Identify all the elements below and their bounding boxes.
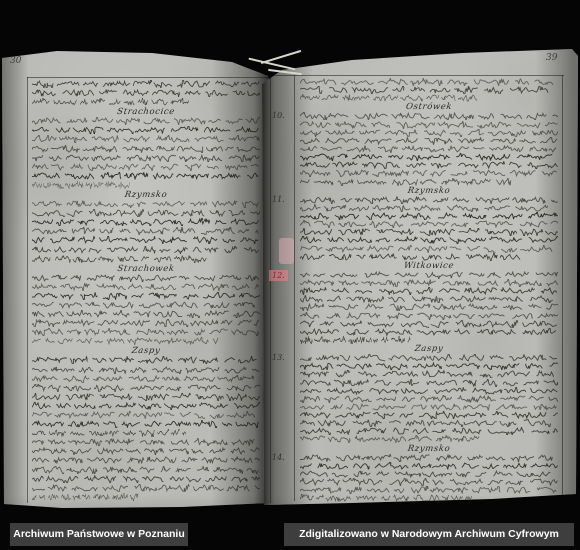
handwriting-line (300, 121, 558, 129)
handwriting-line (32, 447, 260, 456)
handwriting-line (300, 161, 558, 169)
handwriting-line (32, 429, 187, 438)
handwriting-line (300, 153, 558, 161)
register-entry (32, 117, 260, 190)
handwriting-line (300, 387, 558, 395)
right-page: 39 Ostrówek10.Rzymsko11.Witkowice12.Zasp… (262, 0, 580, 550)
handwriting-line (300, 403, 558, 411)
register-entry (32, 356, 260, 438)
handwriting-line (300, 178, 512, 186)
register-entry: 10. (300, 112, 558, 185)
entry-heading: Zaspy (299, 344, 558, 354)
handwriting-line (300, 379, 558, 387)
handwriting-line (32, 356, 260, 365)
entry-heading: Zaspy (31, 346, 260, 356)
handwriting-line (32, 163, 260, 172)
handwriting-line (32, 98, 189, 107)
left-page-number: 30 (10, 56, 21, 66)
handwriting-line (32, 145, 260, 154)
handwriting-line (300, 271, 558, 279)
right-frame-left-rule (270, 75, 271, 503)
handwriting-line (300, 454, 558, 462)
entry-number: 13. (272, 353, 285, 362)
handwriting-line (32, 227, 260, 236)
handwriting-line (32, 200, 260, 209)
handwriting-line (32, 493, 141, 502)
handwriting-line (300, 86, 558, 94)
handwriting-line (32, 246, 260, 255)
entry-heading: Strachowek (31, 264, 260, 274)
right-page-number: 39 (546, 53, 557, 63)
handwriting-line (300, 462, 558, 470)
entry-number: 10. (272, 111, 285, 120)
handwriting-line (32, 80, 260, 89)
handwriting-line (300, 204, 558, 212)
handwriting-line (32, 89, 260, 98)
pink-smudge (279, 238, 294, 264)
entry-number: 14. (272, 453, 285, 462)
handwriting-line (300, 354, 558, 362)
handwriting-line (300, 303, 558, 311)
handwriting-line (300, 169, 558, 177)
handwriting-line (300, 236, 558, 244)
entry-number: 11. (272, 195, 285, 204)
entry-heading: Witkowice (299, 261, 558, 271)
handwriting-line (300, 435, 486, 443)
handwriting-line (300, 196, 558, 204)
handwriting-line (32, 255, 210, 264)
handwriting-line (32, 218, 260, 227)
handwriting-line (300, 427, 558, 435)
handwriting-line (32, 484, 260, 493)
handwriting-line (300, 362, 558, 370)
right-margin-rule (294, 75, 295, 501)
right-frame-right-rule (562, 75, 563, 495)
handwriting-line (32, 117, 260, 126)
handwriting-line (32, 393, 260, 402)
handwriting-line (32, 310, 260, 319)
handwriting-line (300, 253, 522, 261)
handwriting-line (300, 395, 558, 403)
handwriting-line (32, 366, 260, 375)
binding-thread-icon (261, 50, 302, 64)
handwriting-line (32, 209, 260, 218)
entry-number-highlighted: 12. (269, 270, 288, 281)
handwriting-line (300, 336, 411, 344)
handwriting-line (32, 274, 260, 283)
right-frame-top-rule (270, 75, 564, 76)
handwriting-line (32, 135, 260, 144)
handwriting-line (32, 328, 260, 337)
handwriting-line (300, 370, 558, 378)
handwriting-line (32, 126, 260, 135)
register-entry: 14. (300, 454, 558, 503)
handwriting-line (32, 301, 260, 310)
handwriting-line (32, 402, 260, 411)
handwriting-line (300, 220, 558, 228)
handwriting-line (300, 129, 558, 137)
handwriting-line (300, 486, 558, 494)
handwriting-line (300, 419, 558, 427)
handwriting-line (32, 466, 260, 475)
entry-heading: Ostrówek (299, 102, 558, 112)
archival-book-scan: 30 StrachociceRzymskoStrachowekZaspy 39 … (0, 0, 580, 550)
left-frame-left-rule (27, 77, 28, 503)
handwriting-line (300, 78, 558, 86)
handwriting-line (300, 312, 558, 320)
handwriting-line (32, 236, 260, 245)
handwriting-line (32, 172, 260, 181)
handwriting-line (32, 384, 260, 393)
register-entry: 13. (300, 354, 558, 444)
entry-heading: Rzymsko (31, 190, 260, 200)
handwriting-line (300, 145, 558, 153)
handwriting-line (300, 212, 558, 220)
entry-heading: Strachocice (31, 107, 260, 117)
handwriting-line (300, 478, 558, 486)
handwriting-line (300, 279, 558, 287)
handwriting-line (32, 292, 260, 301)
handwriting-line (32, 319, 260, 328)
handwriting-line (32, 181, 130, 190)
handwriting-line (32, 283, 260, 292)
handwriting-line (300, 228, 558, 236)
handwriting-line (300, 245, 558, 253)
archive-source-banner: Archiwum Państwowe w Poznaniu (10, 523, 188, 546)
handwriting-line (32, 456, 260, 465)
entry-heading: Rzymsko (299, 186, 558, 196)
left-page: 30 StrachociceRzymskoStrachowekZaspy (2, 0, 270, 550)
handwriting-line (32, 438, 260, 447)
handwriting-line (32, 420, 260, 429)
handwriting-line (300, 112, 558, 120)
handwriting-line (300, 287, 558, 295)
register-entry (32, 438, 260, 502)
handwriting-line (300, 494, 473, 502)
handwriting-line (32, 375, 260, 384)
handwriting-line (300, 137, 558, 145)
digitization-banner: Zdigitalizowano w Narodowym Archiwum Cyf… (284, 523, 574, 546)
right-page-text: Ostrówek10.Rzymsko11.Witkowice12.Zaspy13… (300, 78, 558, 502)
left-page-text: StrachociceRzymskoStrachowekZaspy (32, 80, 260, 502)
handwriting-line (300, 320, 558, 328)
register-entry: 12. (300, 271, 558, 344)
handwriting-line (300, 470, 558, 478)
handwriting-line (300, 328, 558, 336)
handwriting-line (300, 411, 558, 419)
left-frame-top-rule (27, 77, 268, 78)
register-entry (32, 200, 260, 264)
register-entry: 11. (300, 196, 558, 261)
handwriting-line (32, 411, 260, 420)
register-entry (32, 274, 260, 347)
handwriting-line (32, 475, 260, 484)
handwriting-line (32, 154, 260, 163)
handwriting-line (300, 295, 558, 303)
entry-heading: Rzymsko (299, 444, 558, 454)
